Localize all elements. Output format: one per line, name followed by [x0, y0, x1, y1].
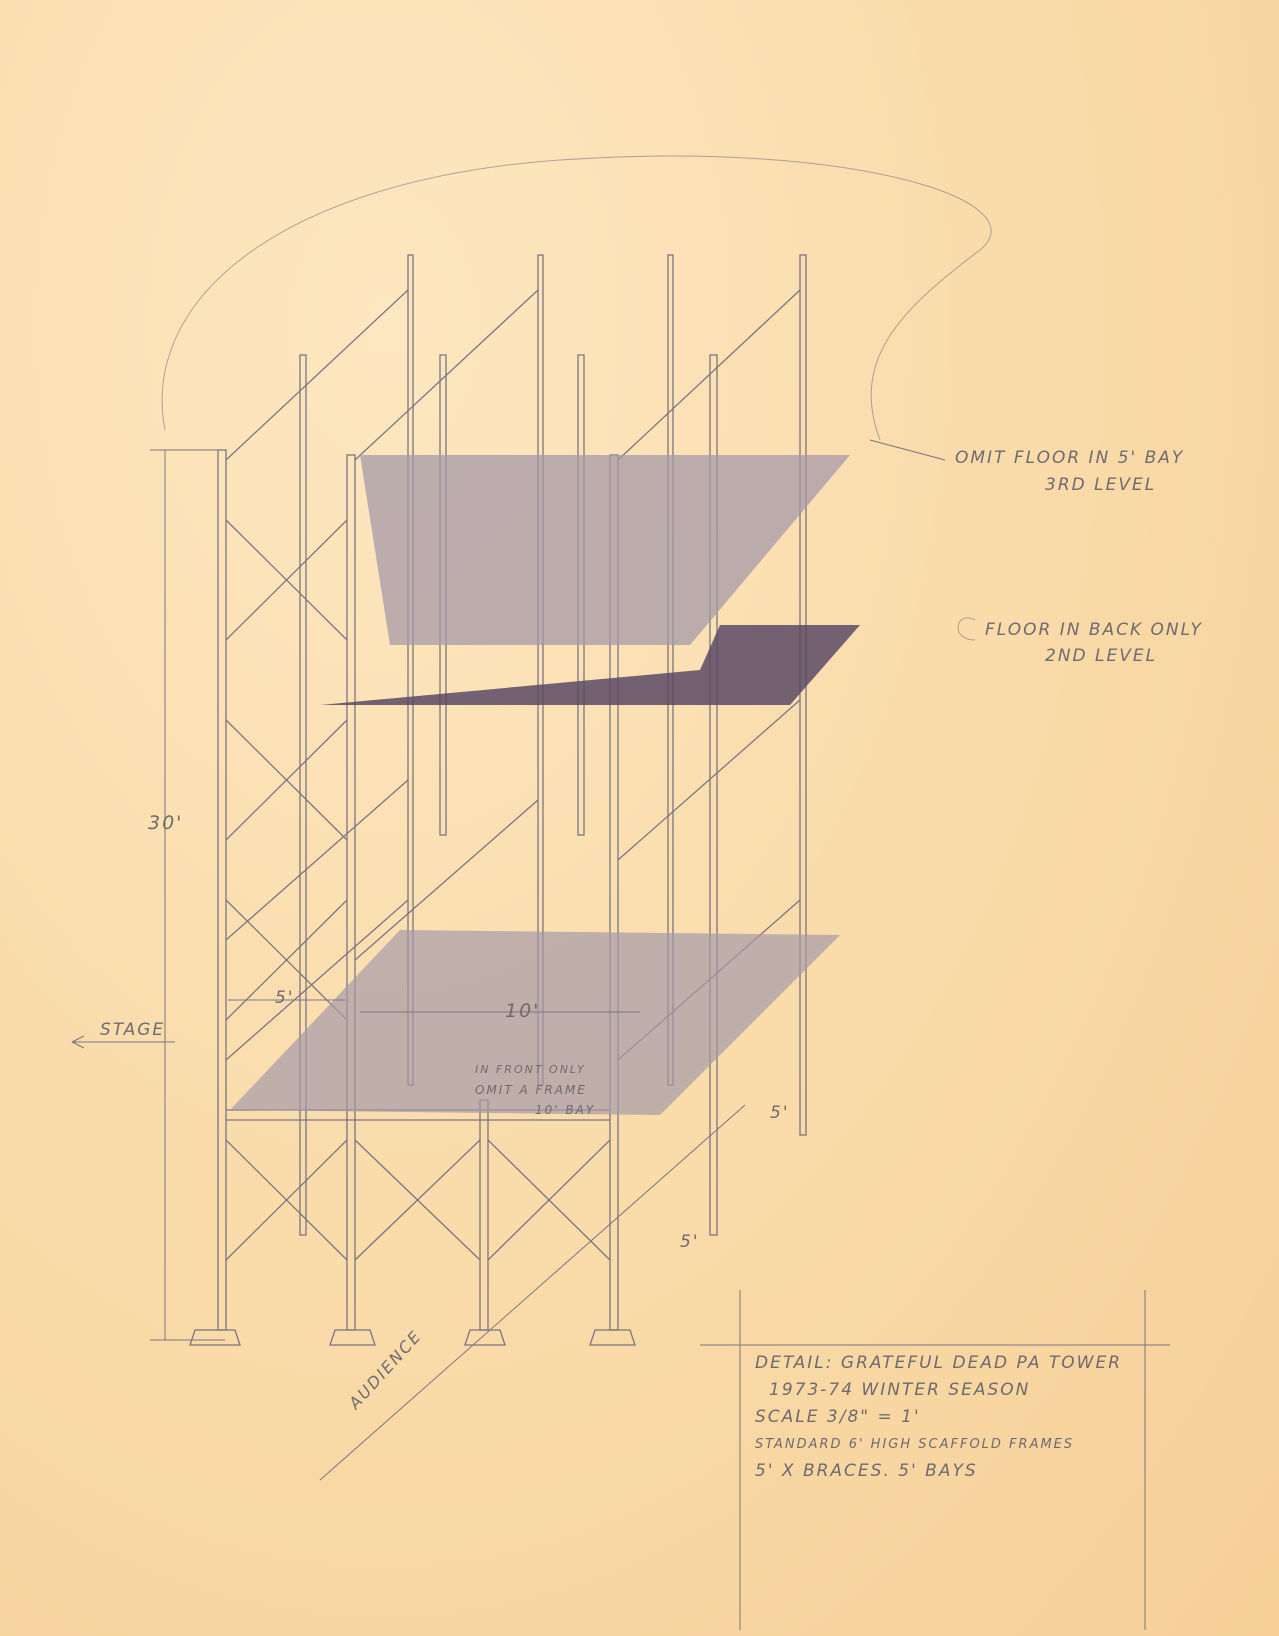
front-post [218, 450, 226, 1330]
annotation-floor-back-line1: FLOOR IN BACK ONLY [985, 620, 1203, 640]
drawing-sheet: OMIT FLOOR IN 5' BAY 3RD LEVEL FLOOR IN … [0, 0, 1279, 1636]
annotation-omit-frame: OMIT A FRAME [475, 1083, 587, 1097]
title-block: DETAIL: GRATEFUL DEAD PA TOWER 1973-74 W… [755, 1350, 1122, 1485]
dimension-depth-2: 5' [680, 1232, 700, 1252]
title-block-line: 5' X BRACES. 5' BAYS [755, 1458, 1122, 1485]
title-block-line: STANDARD 6' HIGH SCAFFOLD FRAMES [755, 1431, 1122, 1458]
annotation-bay: 10' BAY [535, 1103, 595, 1117]
annotation-omit-floor-line1: OMIT FLOOR IN 5' BAY [955, 448, 1184, 468]
third-level-floor [360, 455, 850, 645]
dimension-bay-left: 5' [275, 988, 295, 1008]
front-post [347, 455, 355, 1330]
dimension-bay-mid: 10' [505, 1000, 540, 1022]
title-block-line: DETAIL: GRATEFUL DEAD PA TOWER [755, 1350, 1122, 1377]
annotation-omit-floor-line2: 3RD LEVEL [1045, 475, 1156, 495]
annotation-floor-back-line2: 2ND LEVEL [1045, 646, 1157, 666]
title-block-line: 1973-74 WINTER SEASON [755, 1377, 1122, 1404]
dimension-depth-1: 5' [770, 1103, 790, 1123]
annotation-front-only: IN FRONT ONLY [475, 1063, 586, 1076]
title-block-line: SCALE 3/8" = 1' [755, 1404, 1122, 1431]
direction-stage: STAGE [100, 1020, 165, 1040]
dimension-height: 30' [148, 812, 183, 834]
